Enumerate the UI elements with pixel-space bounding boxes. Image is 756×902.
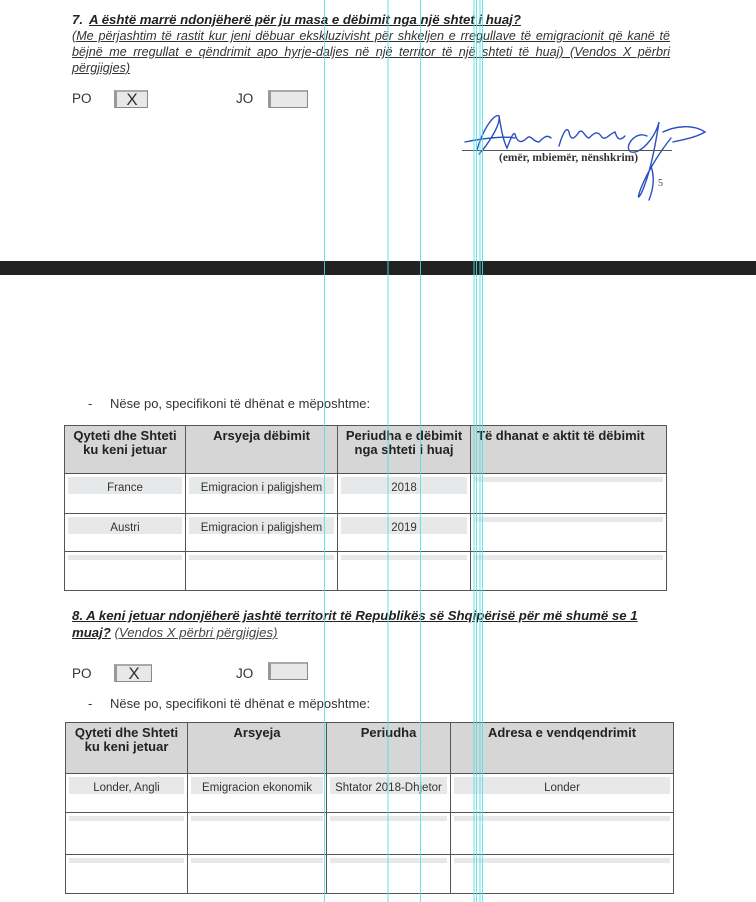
table-cell[interactable]: Austri xyxy=(68,517,182,534)
table-cell[interactable]: Londer xyxy=(454,777,670,794)
column-header: Adresa e vendqendrimit xyxy=(451,723,674,774)
q7-table-intro: -Nëse po, specifikoni të dhënat e mëposh… xyxy=(88,396,370,411)
table-header-row: Qyteti dhe Shteti ku keni jetuar Arsyeja… xyxy=(66,723,674,774)
table-cell[interactable] xyxy=(191,816,323,821)
column-header: Periudha xyxy=(327,723,451,774)
question-7-number: 7. xyxy=(72,12,83,27)
table-cell[interactable] xyxy=(330,858,447,863)
q7-yes-label: PO xyxy=(72,91,92,106)
column-header: Të dhanat e aktit të dëbimit xyxy=(471,426,667,474)
table-row: France Emigracion i paligjshem 2018 xyxy=(65,474,667,514)
q8-no-checkbox[interactable] xyxy=(268,662,308,680)
table-cell[interactable] xyxy=(189,555,334,560)
column-header: Arsyeja xyxy=(188,723,327,774)
table-cell[interactable] xyxy=(454,816,670,821)
table-cell[interactable]: Emigracion ekonomik xyxy=(191,777,323,794)
table-cell[interactable] xyxy=(330,816,447,821)
bullet-dash: - xyxy=(88,396,110,411)
question-7-subtitle: (Me përjashtim të rastit kur jeni dëbuar… xyxy=(72,28,670,76)
page-number: 5 xyxy=(658,178,663,189)
page-break-bar xyxy=(0,261,756,275)
q8-no-label: JO xyxy=(236,666,253,681)
table-cell[interactable] xyxy=(474,477,663,482)
table-cell[interactable] xyxy=(454,858,670,863)
q7-no-checkbox[interactable] xyxy=(268,90,308,108)
table-row xyxy=(65,552,667,591)
question-7-title: 7.A është marrë ndonjëherë për ju masa e… xyxy=(72,12,521,27)
table-cell[interactable]: 2019 xyxy=(341,517,467,534)
q7-expulsion-table: Qyteti dhe Shteti ku keni jetuar Arsyeja… xyxy=(64,425,667,591)
column-header: Arsyeja dëbimit xyxy=(186,426,338,474)
table-row xyxy=(66,855,674,894)
table-row xyxy=(66,813,674,855)
question-7-text: A është marrë ndonjëherë për ju masa e d… xyxy=(89,12,521,27)
table-cell[interactable]: 2018 xyxy=(341,477,467,494)
column-header: Qyteti dhe Shteti ku keni jetuar xyxy=(66,723,188,774)
table-cell[interactable] xyxy=(69,858,184,863)
column-header: Periudha e dëbimit nga shteti i huaj xyxy=(338,426,471,474)
table-row: Austri Emigracion i paligjshem 2019 xyxy=(65,514,667,552)
table-row: Londer, Angli Emigracion ekonomik Shtato… xyxy=(66,774,674,813)
q7-table-intro-text: Nëse po, specifikoni të dhënat e mëposht… xyxy=(110,396,370,411)
table-cell[interactable]: Londer, Angli xyxy=(69,777,184,794)
q7-yes-checkbox[interactable]: X xyxy=(114,90,148,108)
signature-line xyxy=(462,150,672,151)
table-cell[interactable]: France xyxy=(68,477,182,494)
q8-residence-table: Qyteti dhe Shteti ku keni jetuar Arsyeja… xyxy=(65,722,674,894)
column-header: Qyteti dhe Shteti ku keni jetuar xyxy=(65,426,186,474)
q8-yes-label: PO xyxy=(72,666,92,681)
question-8-hint: (Vendos X përbri përgjigjes) xyxy=(115,625,278,640)
table-cell[interactable]: Emigracion i paligjshem xyxy=(189,517,334,534)
table-cell[interactable] xyxy=(69,816,184,821)
q8-table-intro-text: Nëse po, specifikoni të dhënat e mëposht… xyxy=(110,696,370,711)
q7-no-label: JO xyxy=(236,91,253,106)
table-cell[interactable]: Shtator 2018-Dhjetor xyxy=(330,777,447,794)
table-cell[interactable] xyxy=(68,555,182,560)
bullet-dash: - xyxy=(88,696,110,711)
q8-table-intro: -Nëse po, specifikoni të dhënat e mëposh… xyxy=(88,696,370,711)
table-cell[interactable] xyxy=(341,555,467,560)
table-cell[interactable] xyxy=(474,555,663,560)
q8-yes-checkbox[interactable]: X xyxy=(114,664,152,682)
table-cell[interactable] xyxy=(474,517,663,522)
question-8-title: 8. A keni jetuar ndonjëherë jashtë terri… xyxy=(72,607,672,641)
signature-caption: (emër, mbiemër, nënshkrim) xyxy=(499,152,638,164)
table-cell[interactable]: Emigracion i paligjshem xyxy=(189,477,334,494)
table-header-row: Qyteti dhe Shteti ku keni jetuar Arsyeja… xyxy=(65,426,667,474)
table-cell[interactable] xyxy=(191,858,323,863)
